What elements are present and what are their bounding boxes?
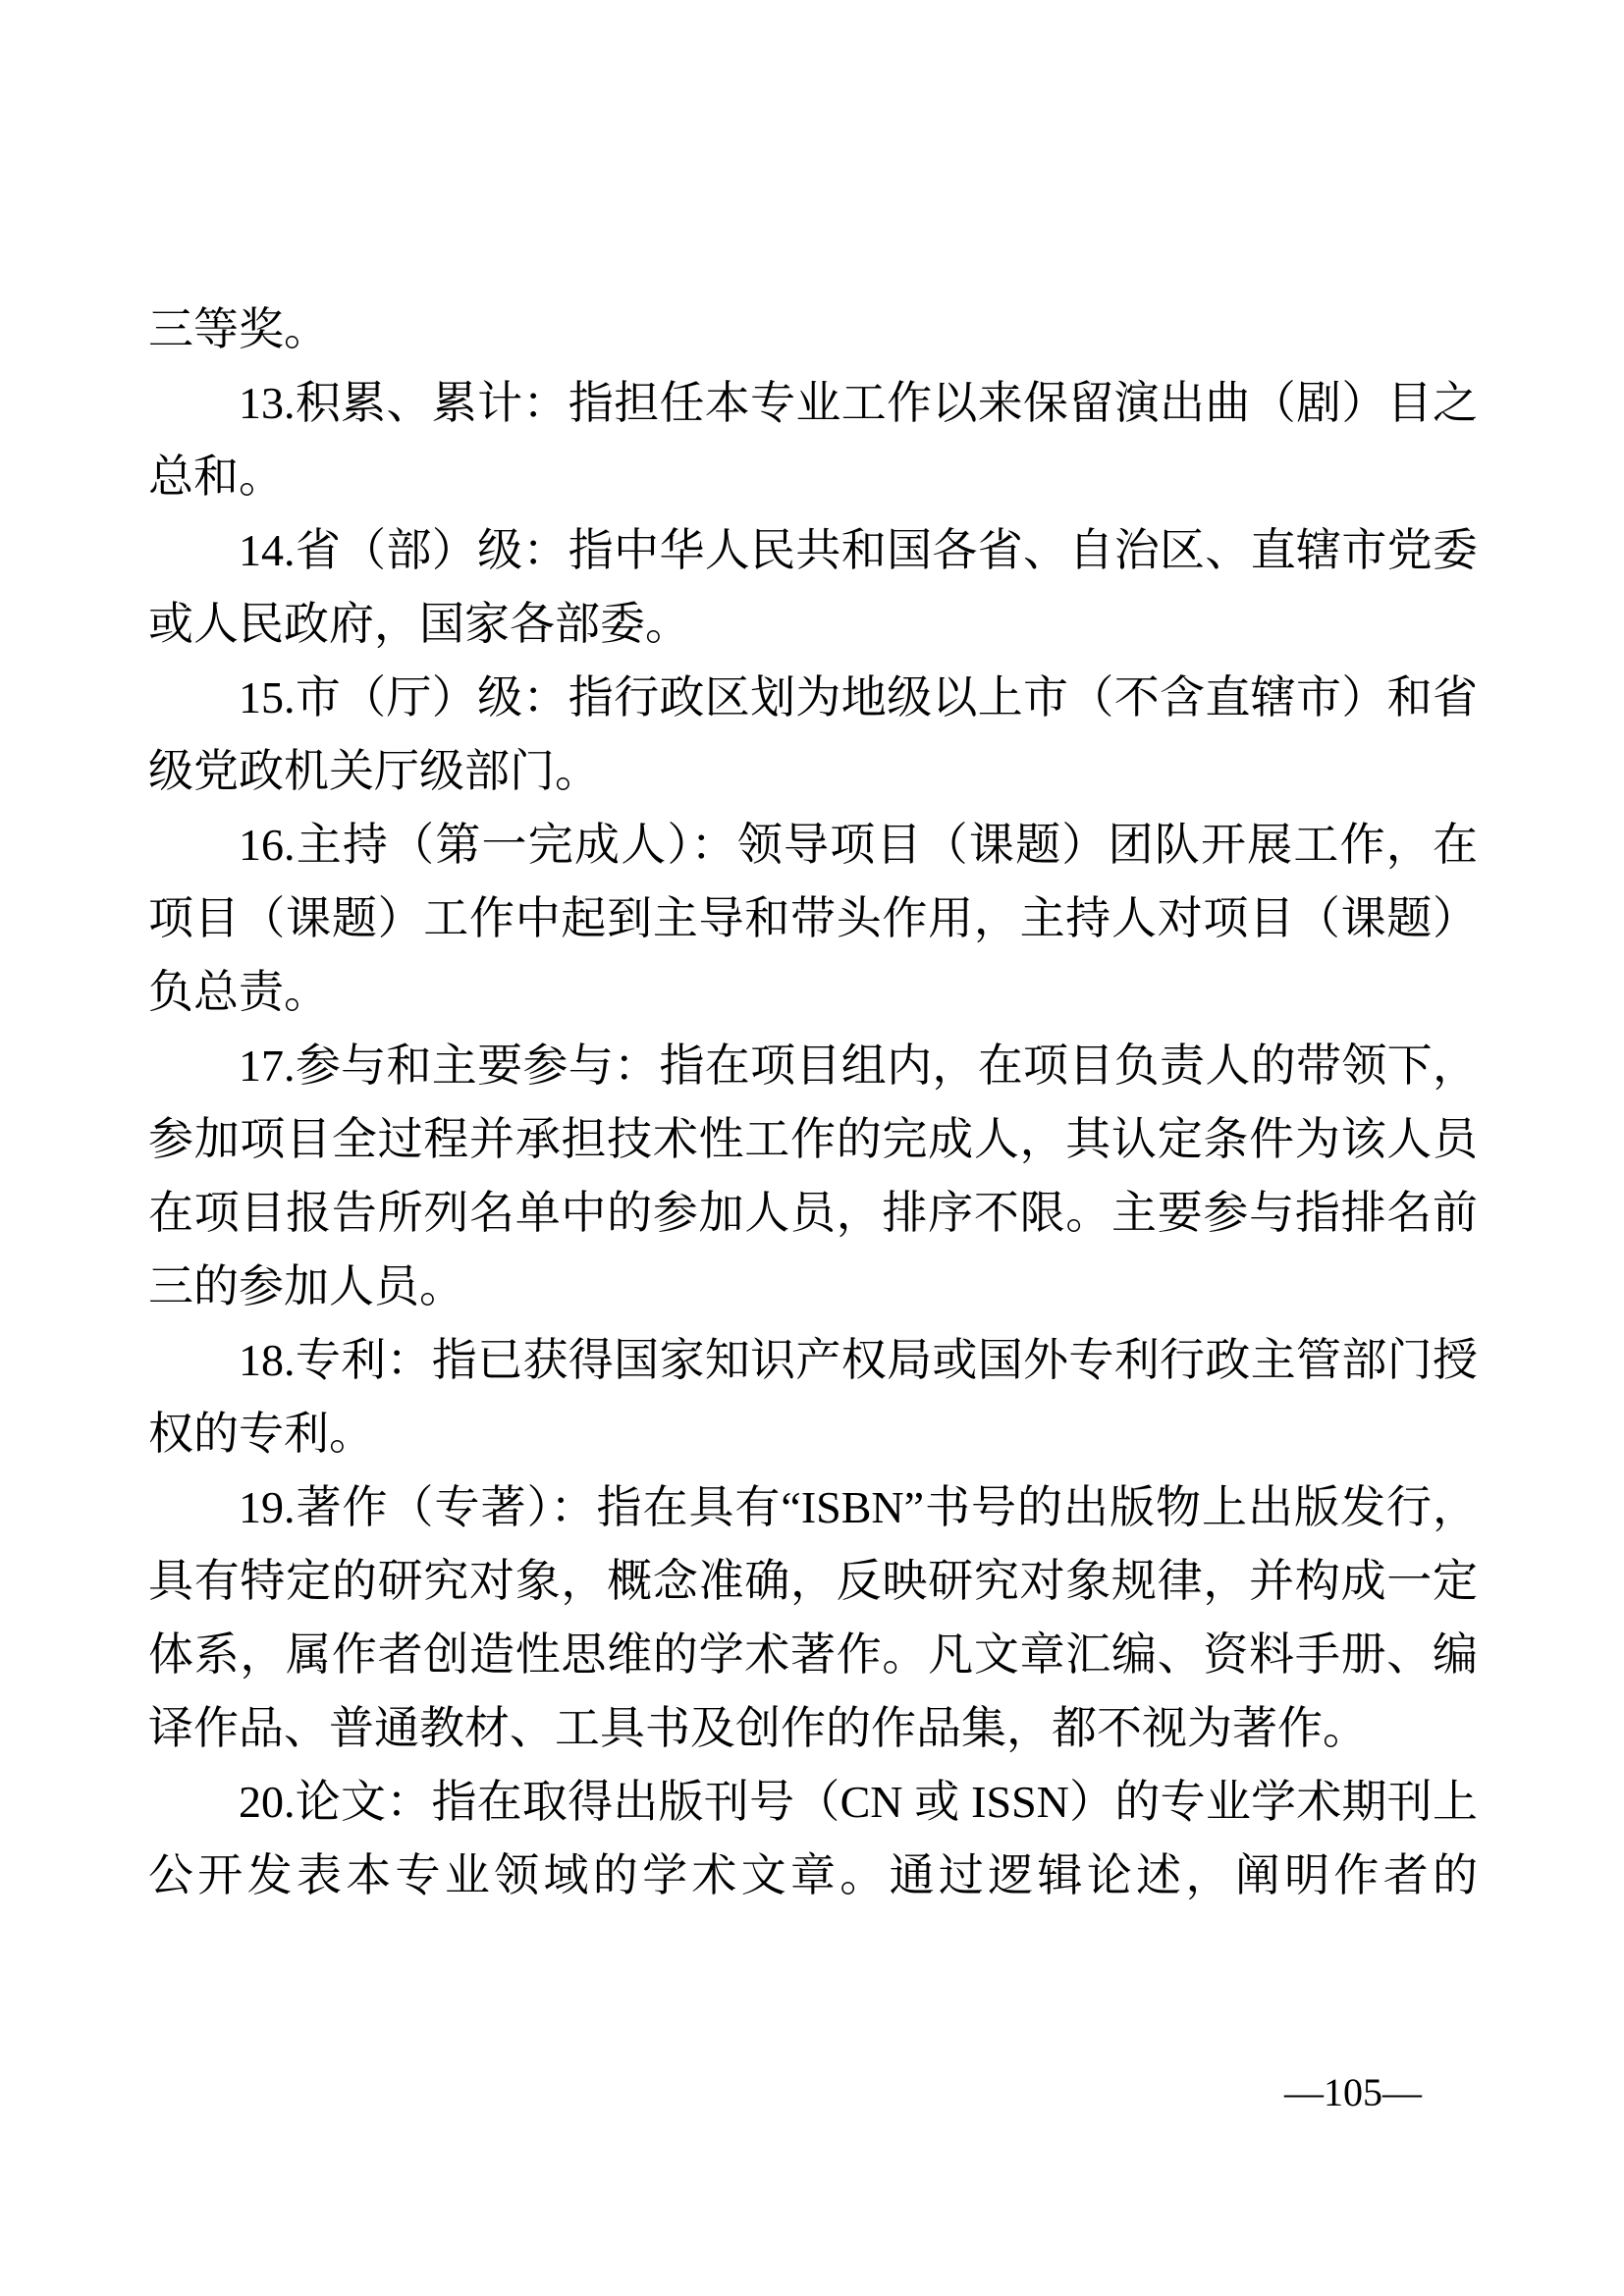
paragraph-item-19: 19.著作（专著）：指在具有“ISBN”书号的出版物上出版发行，具有特定的研究对… bbox=[148, 1470, 1478, 1765]
paragraph-item-13: 13.积累、累计：指担任本专业工作以来保留演出曲（剧）目之总和。 bbox=[148, 366, 1478, 513]
document-page: 三等奖。 13.积累、累计：指担任本专业工作以来保留演出曲（剧）目之总和。 14… bbox=[0, 0, 1624, 2296]
paragraph-item-17: 17.参与和主要参与：指在项目组内，在项目负责人的带领下，参加项目全过程并承担技… bbox=[148, 1029, 1478, 1323]
paragraph-continuation: 三等奖。 bbox=[148, 293, 1478, 366]
paragraph-item-15: 15.市（厅）级：指行政区划为地级以上市（不含直辖市）和省级党政机关厅级部门。 bbox=[148, 661, 1478, 808]
paragraph-item-16: 16.主持（第一完成人）：领导项目（课题）团队开展工作，在项目（课题）工作中起到… bbox=[148, 808, 1478, 1029]
document-text-block: 三等奖。 13.积累、累计：指担任本专业工作以来保留演出曲（剧）目之总和。 14… bbox=[148, 293, 1478, 1912]
paragraph-item-20: 20.论文：指在取得出版刊号（CN 或 ISSN）的专业学术期刊上公开发表本专业… bbox=[148, 1765, 1478, 1912]
paragraph-item-18: 18.专利：指已获得国家知识产权局或国外专利行政主管部门授权的专利。 bbox=[148, 1323, 1478, 1470]
page-number: —105— bbox=[1284, 2069, 1422, 2116]
paragraph-item-14: 14.省（部）级：指中华人民共和国各省、自治区、直辖市党委或人民政府，国家各部委… bbox=[148, 513, 1478, 661]
